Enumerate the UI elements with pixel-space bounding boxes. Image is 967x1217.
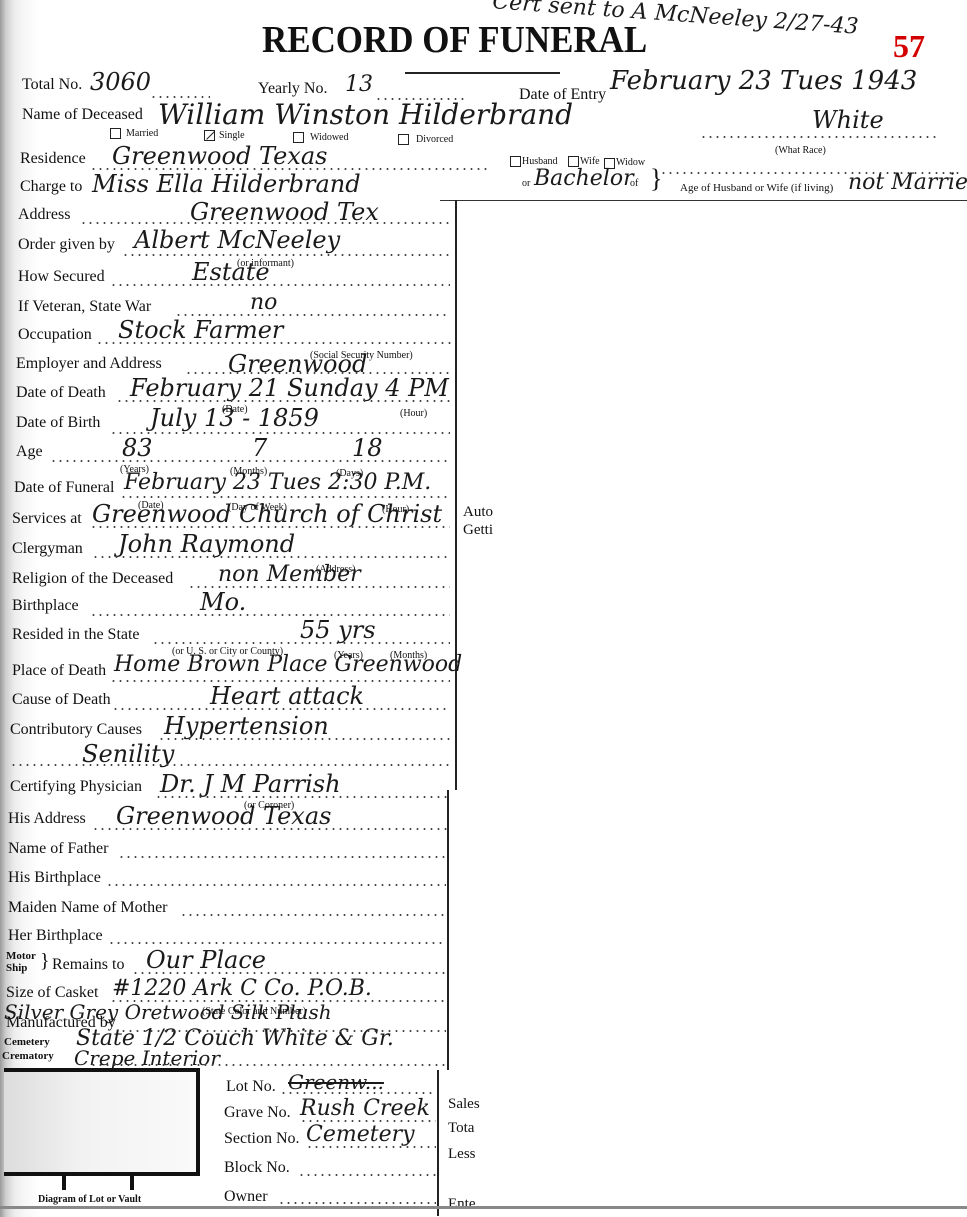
auto-fragment: Auto <box>463 504 493 521</box>
address-label: Address <box>18 206 70 224</box>
ship-label: Ship <box>6 962 27 974</box>
remains-to-label: Remains to <box>52 956 124 974</box>
dotted-line <box>106 884 446 886</box>
dotted-line <box>90 614 450 616</box>
married-label: Married <box>126 128 158 139</box>
certifying-physician-label: Certifying Physician <box>10 778 142 796</box>
employer-label: Employer and Address <box>16 355 162 373</box>
owner-label: Owner <box>224 1188 268 1206</box>
his-address-value: Greenwood Texas <box>116 802 331 830</box>
services-at-value: Greenwood Church of Christ <box>92 500 442 528</box>
casket-caption: (State Color and Number) <box>202 1006 306 1017</box>
dotted-line <box>110 1000 446 1002</box>
bottom-edge <box>0 1206 967 1209</box>
certifying-physician-value: Dr. J M Parrish <box>160 770 341 798</box>
date-of-funeral-value: February 23 Tues 2:30 P.M. <box>124 470 431 495</box>
column-divider <box>437 1070 439 1216</box>
dotted-line <box>122 254 452 256</box>
name-of-deceased-value: William Winston Hilderbrand <box>158 98 573 131</box>
cemetery-value: Crepe Interior <box>74 1046 220 1070</box>
yearly-no-value: 13 <box>345 72 373 97</box>
resided-label: Resided in the State <box>12 626 140 644</box>
column-divider <box>455 200 457 790</box>
lot-no-value: Greenw... <box>288 1070 384 1094</box>
race-caption: (What Race) <box>775 145 826 156</box>
order-given-by-label: Order given by <box>18 236 115 254</box>
dotted-line <box>92 556 450 558</box>
cemetery-label: Cemetery <box>4 1036 50 1048</box>
place-of-death-label: Place of Death <box>12 662 106 680</box>
place-of-death-value: Home Brown Place Greenwood <box>114 652 462 677</box>
dotted-line <box>158 738 450 740</box>
date-of-death-label: Date of Death <box>16 384 106 402</box>
date-of-birth-label: Date of Birth <box>16 414 100 432</box>
husband-checkbox[interactable] <box>510 156 521 167</box>
grave-no-label: Grave No. <box>224 1104 291 1122</box>
cause-of-death-value: Heart attack <box>210 682 364 710</box>
contributory-causes-value: Hypertension <box>164 712 329 740</box>
religion-label: Religion of the Deceased <box>12 570 173 588</box>
dotted-line <box>120 1030 446 1032</box>
occupation-value: Stock Farmer <box>118 316 283 344</box>
name-of-father-label: Name of Father <box>8 840 108 858</box>
services-at-label: Services at <box>12 510 82 528</box>
dotted-line <box>120 496 450 498</box>
date-of-death-value: February 21 Sunday 4 PM <box>130 374 449 402</box>
title-underline <box>405 72 560 74</box>
dotted-line <box>92 828 447 830</box>
dotted-line <box>306 1146 436 1148</box>
yearly-no-label: Yearly No. <box>258 80 327 98</box>
total-no-value: 3060 <box>90 68 151 96</box>
ente-fragment: Ente <box>448 1196 476 1213</box>
age-spouse-label: Age of Husband or Wife (if living) <box>680 182 833 194</box>
maiden-name-mother-label: Maiden Name of Mother <box>8 899 168 917</box>
hour-caption: (Hour) <box>400 408 427 419</box>
resided-value: 55 yrs <box>300 616 376 644</box>
funeral-record-page: Cert sent to A McNeeley 2/27-43 RECORD O… <box>0 0 967 1217</box>
spouse-status-value: Bachelor <box>534 166 634 191</box>
his-birthplace-label: His Birthplace <box>8 869 101 887</box>
crematory-label: Crematory <box>2 1050 54 1062</box>
grave-no-value: Rush Creek <box>300 1096 430 1121</box>
dotted-line <box>10 764 450 766</box>
dotted-line <box>90 526 450 528</box>
contributory-causes-label: Contributory Causes <box>10 721 142 739</box>
dotted-line <box>108 942 446 944</box>
dotted-line <box>50 460 450 462</box>
clergyman-value: John Raymond <box>118 530 295 558</box>
or-label: or <box>522 178 530 189</box>
dotted-line <box>112 708 450 710</box>
section-no-value: Cemetery <box>306 1122 415 1147</box>
date-of-entry-value: February 23 Tues 1943 <box>610 66 917 96</box>
lot-diagram-box <box>4 1068 200 1176</box>
diagram-caption: Diagram of Lot or Vault <box>38 1194 141 1205</box>
total-no-label: Total No. <box>22 76 82 94</box>
diagram-leg <box>130 1172 134 1190</box>
how-secured-value: Estate <box>192 258 270 286</box>
single-label: Single <box>219 130 245 141</box>
order-given-by-value: Albert McNeeley <box>134 226 340 254</box>
brace: } <box>40 950 50 973</box>
dotted-line <box>700 136 940 138</box>
charge-to-value: Miss Ella Hilderbrand <box>92 170 361 198</box>
date-of-birth-value: July 13 - 1859 <box>150 404 319 432</box>
block-no-label: Block No. <box>224 1159 290 1177</box>
veteran-label: If Veteran, State War <box>18 298 151 316</box>
religion-value: non Member <box>218 562 361 587</box>
lot-no-label: Lot No. <box>226 1078 276 1096</box>
married-checkbox[interactable] <box>110 128 121 139</box>
dotted-line <box>132 972 446 974</box>
dotted-line <box>152 642 450 644</box>
less-fragment: Less <box>448 1146 476 1163</box>
birthplace-label: Birthplace <box>12 597 79 615</box>
divorced-checkbox[interactable] <box>398 134 409 145</box>
name-of-deceased-label: Name of Deceased <box>22 106 143 124</box>
dotted-line <box>118 856 446 858</box>
of-label: of <box>630 178 638 189</box>
dotted-line <box>110 284 450 286</box>
dotted-line <box>155 796 447 798</box>
dotted-line <box>80 222 450 224</box>
divorced-label: Divorced <box>416 134 453 145</box>
motor-label: Motor <box>6 950 36 962</box>
date-of-funeral-label: Date of Funeral <box>14 479 114 497</box>
page-number: 57 <box>893 28 925 65</box>
age-months-value: 7 <box>252 434 267 462</box>
total-fragment: Tota <box>448 1120 474 1137</box>
dotted-line <box>660 172 960 174</box>
age-days-value: 18 <box>352 434 383 462</box>
residence-label: Residence <box>20 150 86 168</box>
column-divider <box>447 790 449 1070</box>
charge-to-label: Charge to <box>20 178 82 196</box>
race-value: White <box>812 106 884 134</box>
her-birthplace-label: Her Birthplace <box>8 927 103 945</box>
dotted-line <box>180 914 446 916</box>
dotted-line <box>278 1202 436 1204</box>
how-secured-label: How Secured <box>18 268 105 286</box>
dotted-line <box>90 1064 445 1066</box>
age-label: Age <box>16 443 43 461</box>
clergyman-label: Clergyman <box>12 540 83 558</box>
single-checkbox[interactable] <box>204 130 215 141</box>
document-title: RECORD OF FUNERAL <box>262 18 647 62</box>
occupation-label: Occupation <box>18 326 92 344</box>
size-of-casket-value: #1220 Ark C Co. P.O.B. <box>112 976 372 1001</box>
dotted-line <box>116 400 451 402</box>
veteran-value: no <box>250 290 277 315</box>
brace: } <box>650 164 662 194</box>
birthplace-value: Mo. <box>200 588 246 616</box>
section-no-label: Section No. <box>224 1130 300 1148</box>
residence-value: Greenwood Texas <box>112 142 327 170</box>
sales-fragment: Sales <box>448 1096 480 1113</box>
remains-to-value: Our Place <box>146 946 266 974</box>
dotted-line <box>110 432 450 434</box>
dotted-line <box>280 1092 436 1094</box>
dotted-line <box>298 1174 436 1176</box>
his-address-label: His Address <box>8 810 86 828</box>
divider <box>440 200 967 201</box>
diagram-leg <box>62 1172 66 1190</box>
getti-fragment: Getti <box>463 522 493 539</box>
cause-of-death-label: Cause of Death <box>12 691 111 709</box>
dotted-line <box>96 342 451 344</box>
age-years-value: 83 <box>122 434 153 462</box>
